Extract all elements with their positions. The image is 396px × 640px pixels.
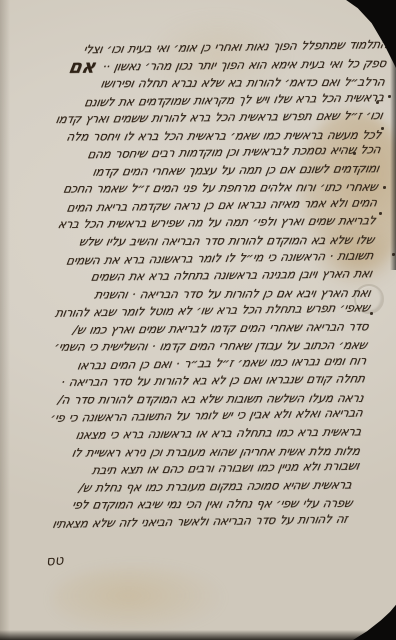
manuscript-line-text: ומוקדמים לשונם אם כן תמה על עצמך שאחרי ה… (91, 161, 380, 179)
manuscript-line-text: שפרה עלי שפי׳ אף נחלה ואין הכי נמי שיבא … (71, 496, 354, 512)
manuscript-line-text: ואת הארץ ויובן מבנינה בראשונה בתחלה ברא … (90, 266, 374, 283)
ink-speck (388, 95, 391, 98)
manuscript-line-text: סדר הבריאה שאחרי המים קדמו לבריאת שמים ו… (72, 319, 370, 337)
ink-speck (381, 127, 384, 130)
manuscript-line: בראשית ברא כמו בתחלה ברא או בראשונה ברא … (10, 423, 363, 445)
page-edge-shadow-bottom (0, 630, 396, 640)
ink-speck (370, 312, 373, 315)
manuscript-line-text: בראשית שהיא סמוכה במקום מעוברת כמו אף נח… (78, 477, 353, 494)
manuscript-line-text: ספק כל ואי בעית אימא הוא הפוך יותר נכון … (101, 56, 387, 73)
ink-speck (353, 152, 356, 155)
manuscript-line-text: הבריאה ואלא ולא אבין כי יש לומר על התשוב… (49, 406, 364, 425)
page-edge-shadow-right (390, 55, 396, 270)
manuscript-line-text: רוח ומים נבראו כמו שאמ׳ ז״ל בב״ר · ואם כ… (76, 353, 367, 372)
manuscript-line: ואת הארץ ויובן מבנינה בראשונה בתחלה ברא … (8, 265, 373, 287)
manuscript-line-text: שלו שלא בא המוקדם להורות סדר הבריאה והשי… (78, 233, 376, 249)
manuscript-line-text: שאפי׳ תפרש בתחלת הכל ברא שו׳ לא מוטל לומ… (54, 300, 371, 320)
emphasized-word: אם (67, 56, 105, 77)
manuscript-line-text: לכל מעשה בראשית כמו שאמ׳ בראשית הכל ברא … (65, 127, 382, 143)
page-edge-shadow-left (0, 0, 10, 640)
stain-bottom-left (52, 566, 222, 632)
manuscript-line-text: לבריאת שמים וארץ ולפי׳ תמה על מה שפירש ב… (57, 214, 377, 232)
manuscript-line-text: ואת הארץ ויבא אם כן להורות על סדר הבריאה… (93, 285, 372, 301)
ink-speck (383, 186, 386, 189)
text-block: התלמוד שמתפלל הפוך נאות ואחרי כן אומ׳ וא… (7, 37, 393, 533)
photo-frame: התלמוד שמתפלל הפוך נאות ואחרי כן אומ׳ וא… (0, 0, 396, 640)
parchment-page: התלמוד שמתפלל הפוך נאות ואחרי כן אומ׳ וא… (0, 0, 396, 640)
manuscript-line-text: הכל שהיא נסמכת לבראשית וכן מוקדמות רבים … (86, 142, 381, 161)
manuscript-line-text: זה להורות על סדר הבריאה ולאשר הביאני לזה… (51, 511, 348, 530)
manuscript-line-text: בראשית ברא כמו בתחלה ברא או בראשונה ברא … (75, 424, 363, 442)
manuscript-line-text: מלות מלת אשית אחריהן שהוא מעוברת וכן ניר… (71, 443, 362, 459)
manuscript-line-text: בראשית הכל ברא שלו ויש לך מקראות שמוקדמי… (83, 90, 385, 109)
manuscript-line-text: שאחרי כתו׳ ורוח אלהים מרחפת על פני המים … (62, 180, 379, 196)
manuscript-line-text: הרלב״ל ואם כדאמ׳ להורות בא שלא נברא תחלה… (99, 75, 386, 91)
quire-mark: טס (45, 552, 64, 569)
manuscript-line-text: המים ולא אמר מאיזה נבראו אם כן נראה שקדמ… (65, 195, 378, 214)
manuscript-line-text: וכו׳ ז״ל שאם תפרש בראשית הכל ברא להורות … (54, 108, 383, 126)
ink-speck (379, 212, 382, 215)
manuscript-line-text: ושבורת ולא מניין כמו ושבורה ורבים כהם או… (91, 459, 361, 478)
manuscript-line-text: תחלה קודם שנבראו ואם כן לא בא להורות על … (60, 372, 366, 390)
manuscript-line-text: שאמ׳ הכתוב על עבודן שאחרי המים קדמו · וה… (53, 338, 368, 354)
ink-speck (392, 253, 395, 256)
ink-speck (376, 101, 379, 104)
manuscript-line-text: התלמוד שמתפלל הפוך נאות ואחרי כן אומ׳ וא… (82, 37, 388, 56)
